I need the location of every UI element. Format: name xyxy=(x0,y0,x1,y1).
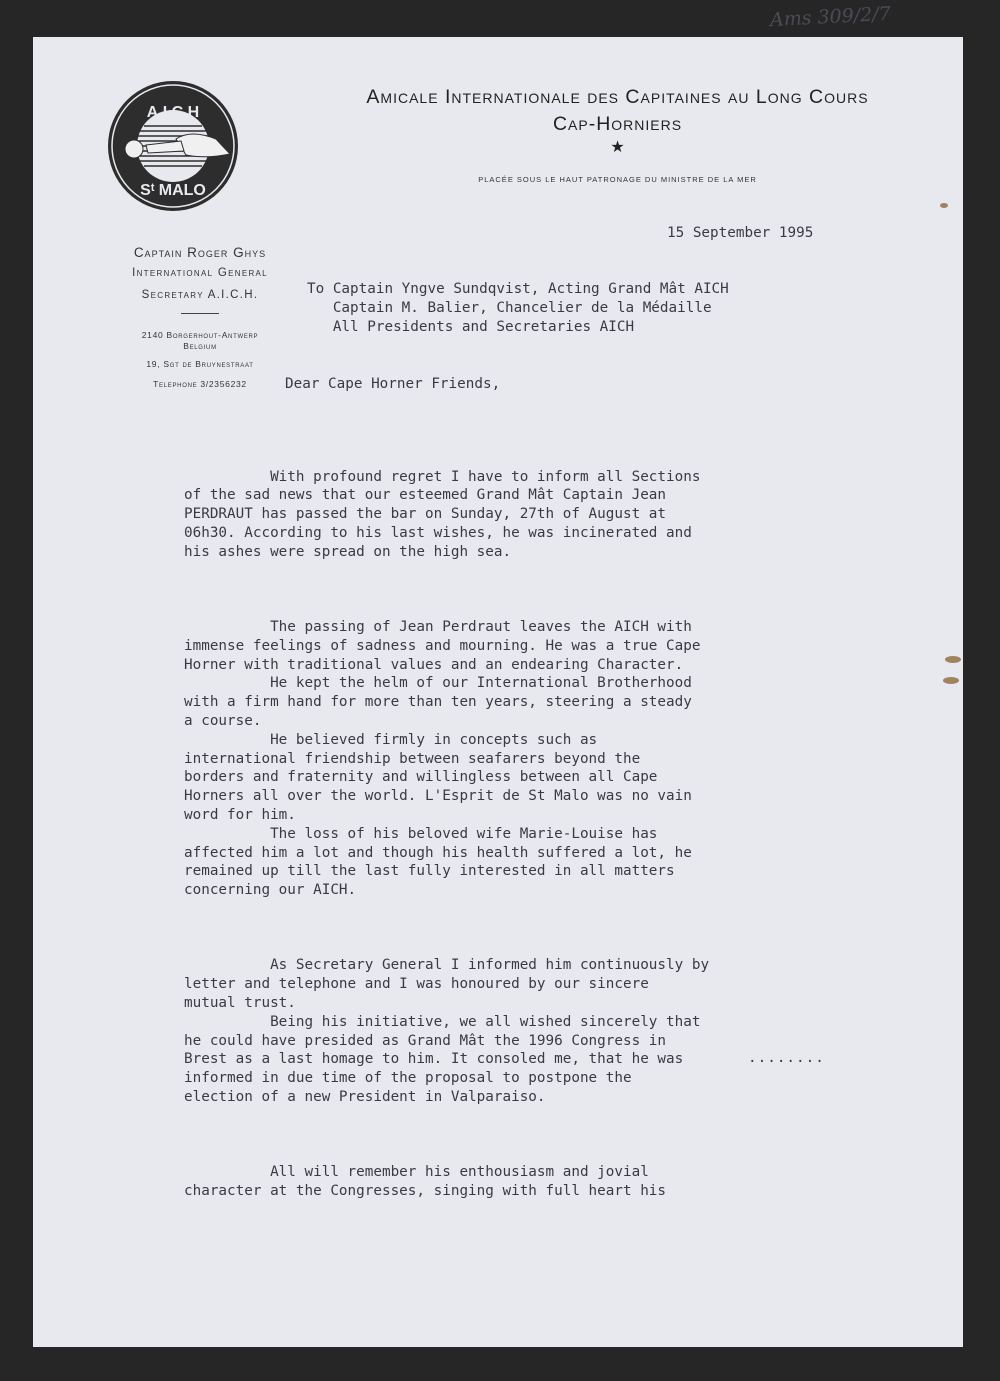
svg-text:Sᵗ MALO: Sᵗ MALO xyxy=(140,182,206,199)
star-icon: ★ xyxy=(305,137,930,156)
sender-title-line2: Secretary A.I.C.H. xyxy=(100,284,300,306)
paragraph: With profound regret I have to inform al… xyxy=(184,468,709,562)
aich-st-malo-emblem-icon: A.I.C.H Sᵗ MALO xyxy=(106,79,240,213)
paragraph: As Secretary General I informed him cont… xyxy=(184,956,709,1106)
patronage-line: Placée sous le haut patronage du Ministr… xyxy=(305,175,930,184)
greeting: Dear Cape Horner Friends, xyxy=(285,375,500,394)
sender-block: Captain Roger Ghys International General… xyxy=(100,244,300,392)
paragraph: All will remember his enthousiasm and jo… xyxy=(184,1163,709,1201)
continuation-dots: ........ xyxy=(748,1049,825,1068)
paragraph: The passing of Jean Perdraut leaves the … xyxy=(184,618,709,900)
sender-name: Captain Roger Ghys xyxy=(100,244,300,262)
sender-address-line3: 19, Sgt de Bruynestraat xyxy=(100,357,300,372)
paper-stain xyxy=(940,203,948,208)
letter-body: With profound regret I have to inform al… xyxy=(184,430,709,1238)
letter-date: 15 September 1995 xyxy=(667,224,813,243)
divider xyxy=(181,313,219,314)
paper-stain xyxy=(945,656,961,663)
sender-address-line2: Belgium xyxy=(100,341,300,352)
svg-text:A.I.C.H: A.I.C.H xyxy=(147,104,199,121)
archive-reference: Ams 309/2/7 xyxy=(770,3,892,31)
paper-stain xyxy=(943,677,959,684)
sender-address-line1: 2140 Borgerhout-Antwerp xyxy=(100,330,300,341)
organization-subtitle: Cap-Horniers xyxy=(305,113,930,136)
sender-title-line1: International General xyxy=(100,262,300,284)
sender-telephone: Telephone 3/2356232 xyxy=(100,377,300,392)
organization-name: Amicale Internationale des Capitaines au… xyxy=(305,86,930,109)
recipients: To Captain Yngve Sundqvist, Acting Grand… xyxy=(307,280,729,336)
